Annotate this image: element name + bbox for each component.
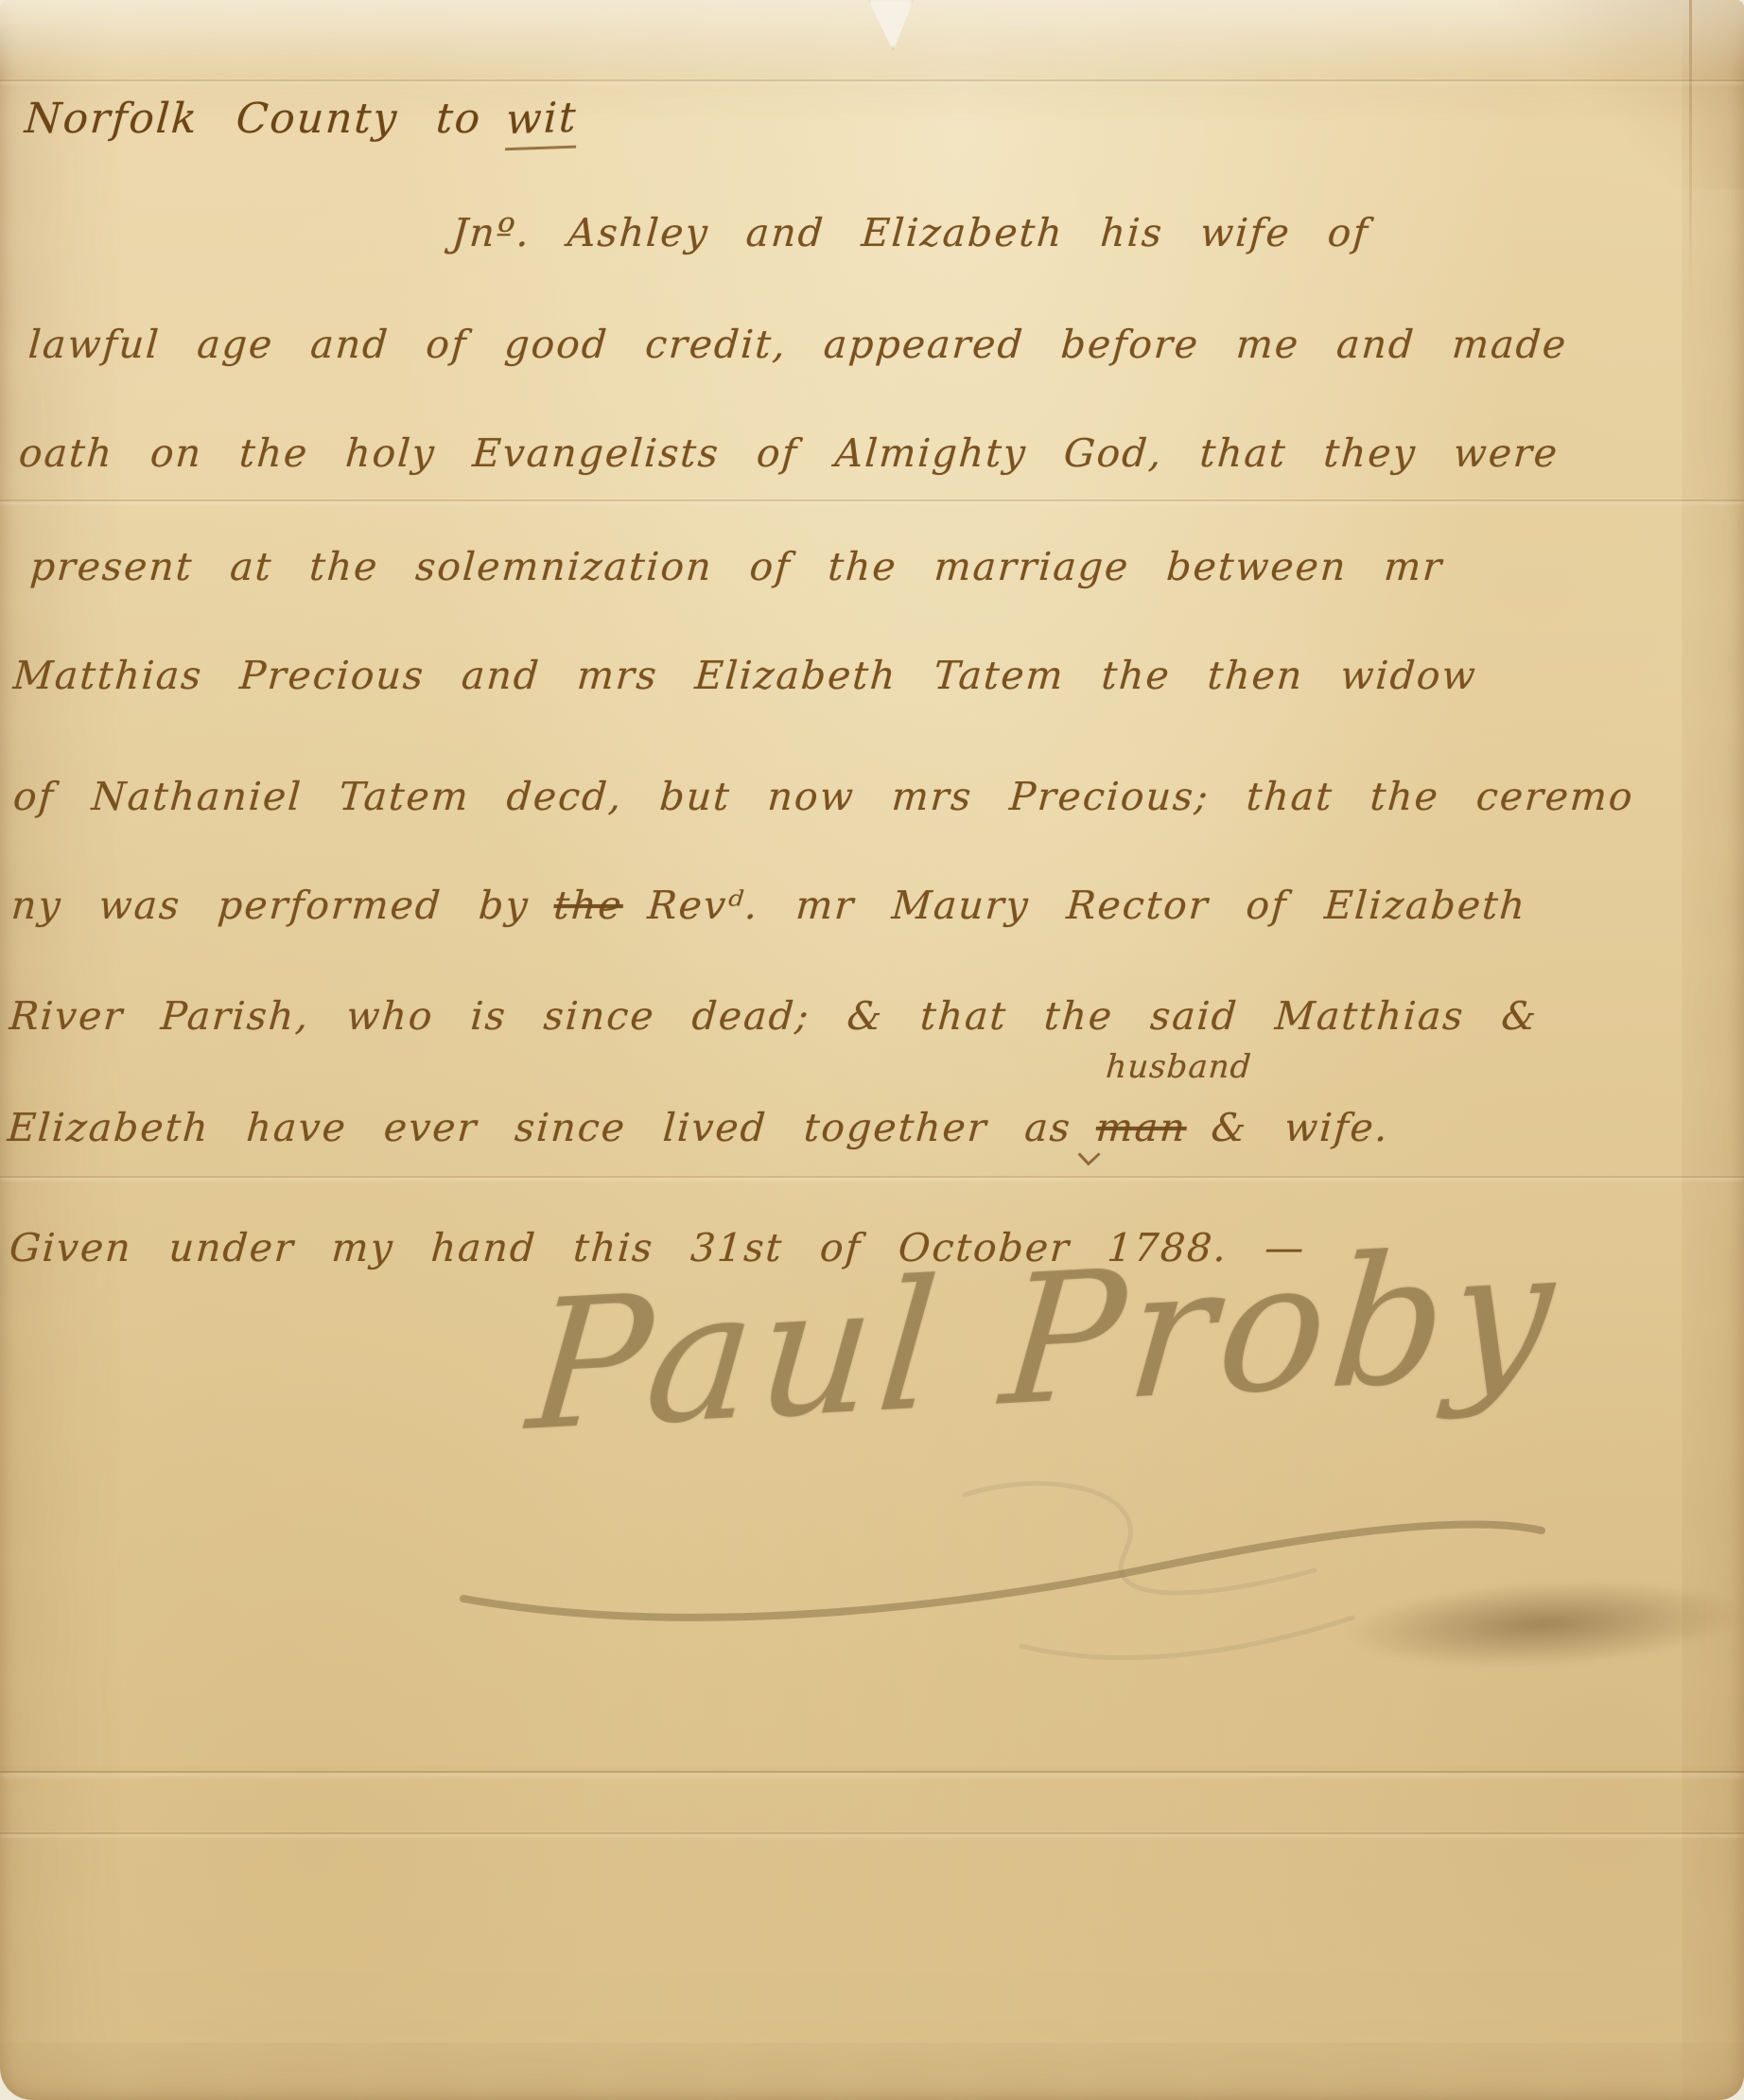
struck-word: man	[1094, 1105, 1188, 1150]
body-line: oath on the holy Evangelists of Almighty…	[17, 430, 1561, 477]
body-line: Jnº. Ashley and Elizabeth his wife of	[450, 210, 1370, 256]
insertion-wrap: husbandman	[1094, 1105, 1188, 1151]
body-line: of Nathaniel Tatem decd, but now mrs Pre…	[11, 774, 1635, 820]
line-segment: ny was performed by	[9, 883, 531, 929]
crease-line	[0, 1176, 1744, 1178]
body-line-with-insertion: Elizabeth have ever since lived together…	[6, 1105, 1390, 1151]
heading-text: Norfolk County to	[23, 95, 483, 145]
line-segment: Elizabeth have ever since lived together…	[6, 1105, 1073, 1151]
top-right-corner-shade	[1498, 0, 1744, 189]
pencil-ghost-flourish	[908, 1457, 1381, 1684]
body-line: River Parish, who is since dead; & that …	[8, 993, 1539, 1040]
crease-line	[0, 1832, 1744, 1834]
body-line-with-strikeout: ny was performed bytheRevᵈ. mr Maury Rec…	[9, 883, 1527, 929]
crease-line	[0, 1771, 1744, 1773]
body-line: Matthias Precious and mrs Elizabeth Tate…	[11, 653, 1478, 699]
manuscript-page: Norfolk County towit Jnº. Ashley and Eli…	[0, 0, 1744, 2100]
struck-word: the	[552, 883, 625, 929]
body-line: present at the solemnization of the marr…	[28, 544, 1444, 590]
ink-smudge	[1341, 1571, 1744, 1677]
heading-underlined-word: wit	[505, 94, 579, 150]
heading-line: Norfolk County towit	[23, 95, 580, 149]
crease-line	[0, 79, 1744, 81]
crease-line	[0, 499, 1744, 501]
line-segment: & wife.	[1210, 1105, 1391, 1151]
line-segment: Revᵈ. mr Maury Rector of Elizabeth	[646, 883, 1528, 929]
inserted-word: husband	[1105, 1048, 1253, 1087]
top-fold-highlight	[0, 0, 1744, 76]
body-line: lawful age and of good credit, appeared …	[26, 322, 1569, 368]
